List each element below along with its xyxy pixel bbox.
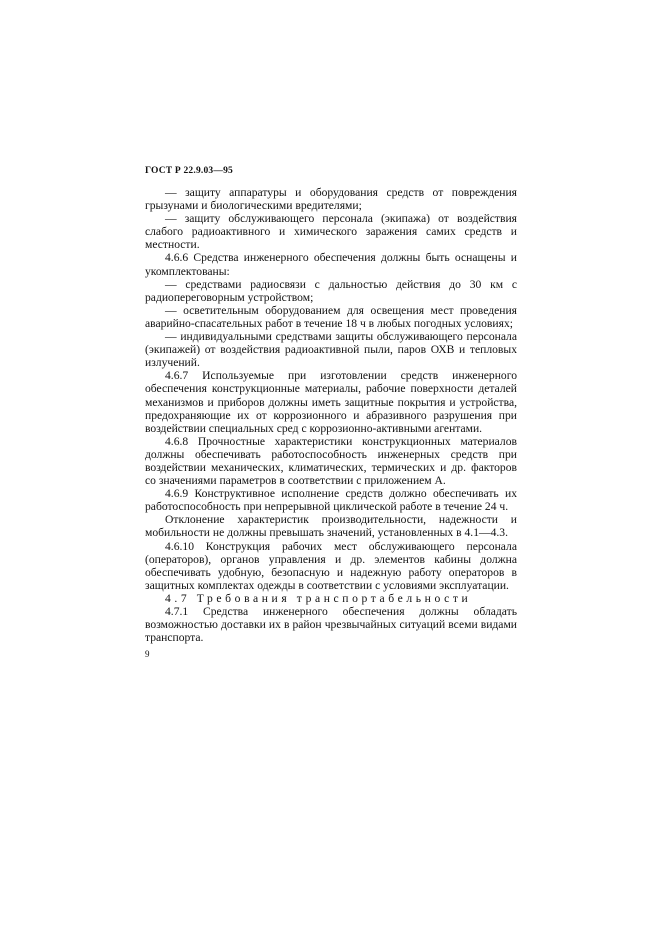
document-page: ГОСТ Р 22.9.03—95 — защиту аппаратуры и …: [145, 166, 517, 659]
paragraph-4-6-7: 4.6.7 Используемые при изготовлении сред…: [145, 369, 517, 434]
paragraph-4-6-6: 4.6.6 Средства инженерного обеспечения д…: [145, 251, 517, 277]
paragraph-deviation: Отклонение характеристик производительно…: [145, 513, 517, 539]
page-number: 9: [145, 649, 517, 659]
paragraph-4-6-8: 4.6.8 Прочностные характеристики констру…: [145, 435, 517, 487]
paragraph-bullet-lighting: — осветительным оборудованием для освеще…: [145, 304, 517, 330]
section-heading-4-7: 4.7 Требования транспортабельности: [145, 592, 517, 605]
document-header: ГОСТ Р 22.9.03—95: [145, 166, 517, 176]
paragraph-bullet-rodent-protection: — защиту аппаратуры и оборудования средс…: [145, 186, 517, 212]
paragraph-bullet-ppe: — индивидуальными средствами защиты обсл…: [145, 330, 517, 369]
paragraph-bullet-personnel-protection: — защиту обслуживающего персонала (экипа…: [145, 212, 517, 251]
paragraph-bullet-radio: — средствами радиосвязи с дальностью дей…: [145, 278, 517, 304]
paragraph-4-7-1: 4.7.1 Средства инженерного обеспечения д…: [145, 605, 517, 644]
paragraph-4-6-9: 4.6.9 Конструктивное исполнение средств …: [145, 487, 517, 513]
paragraph-4-6-10: 4.6.10 Конструкция рабочих мест обслужив…: [145, 540, 517, 592]
